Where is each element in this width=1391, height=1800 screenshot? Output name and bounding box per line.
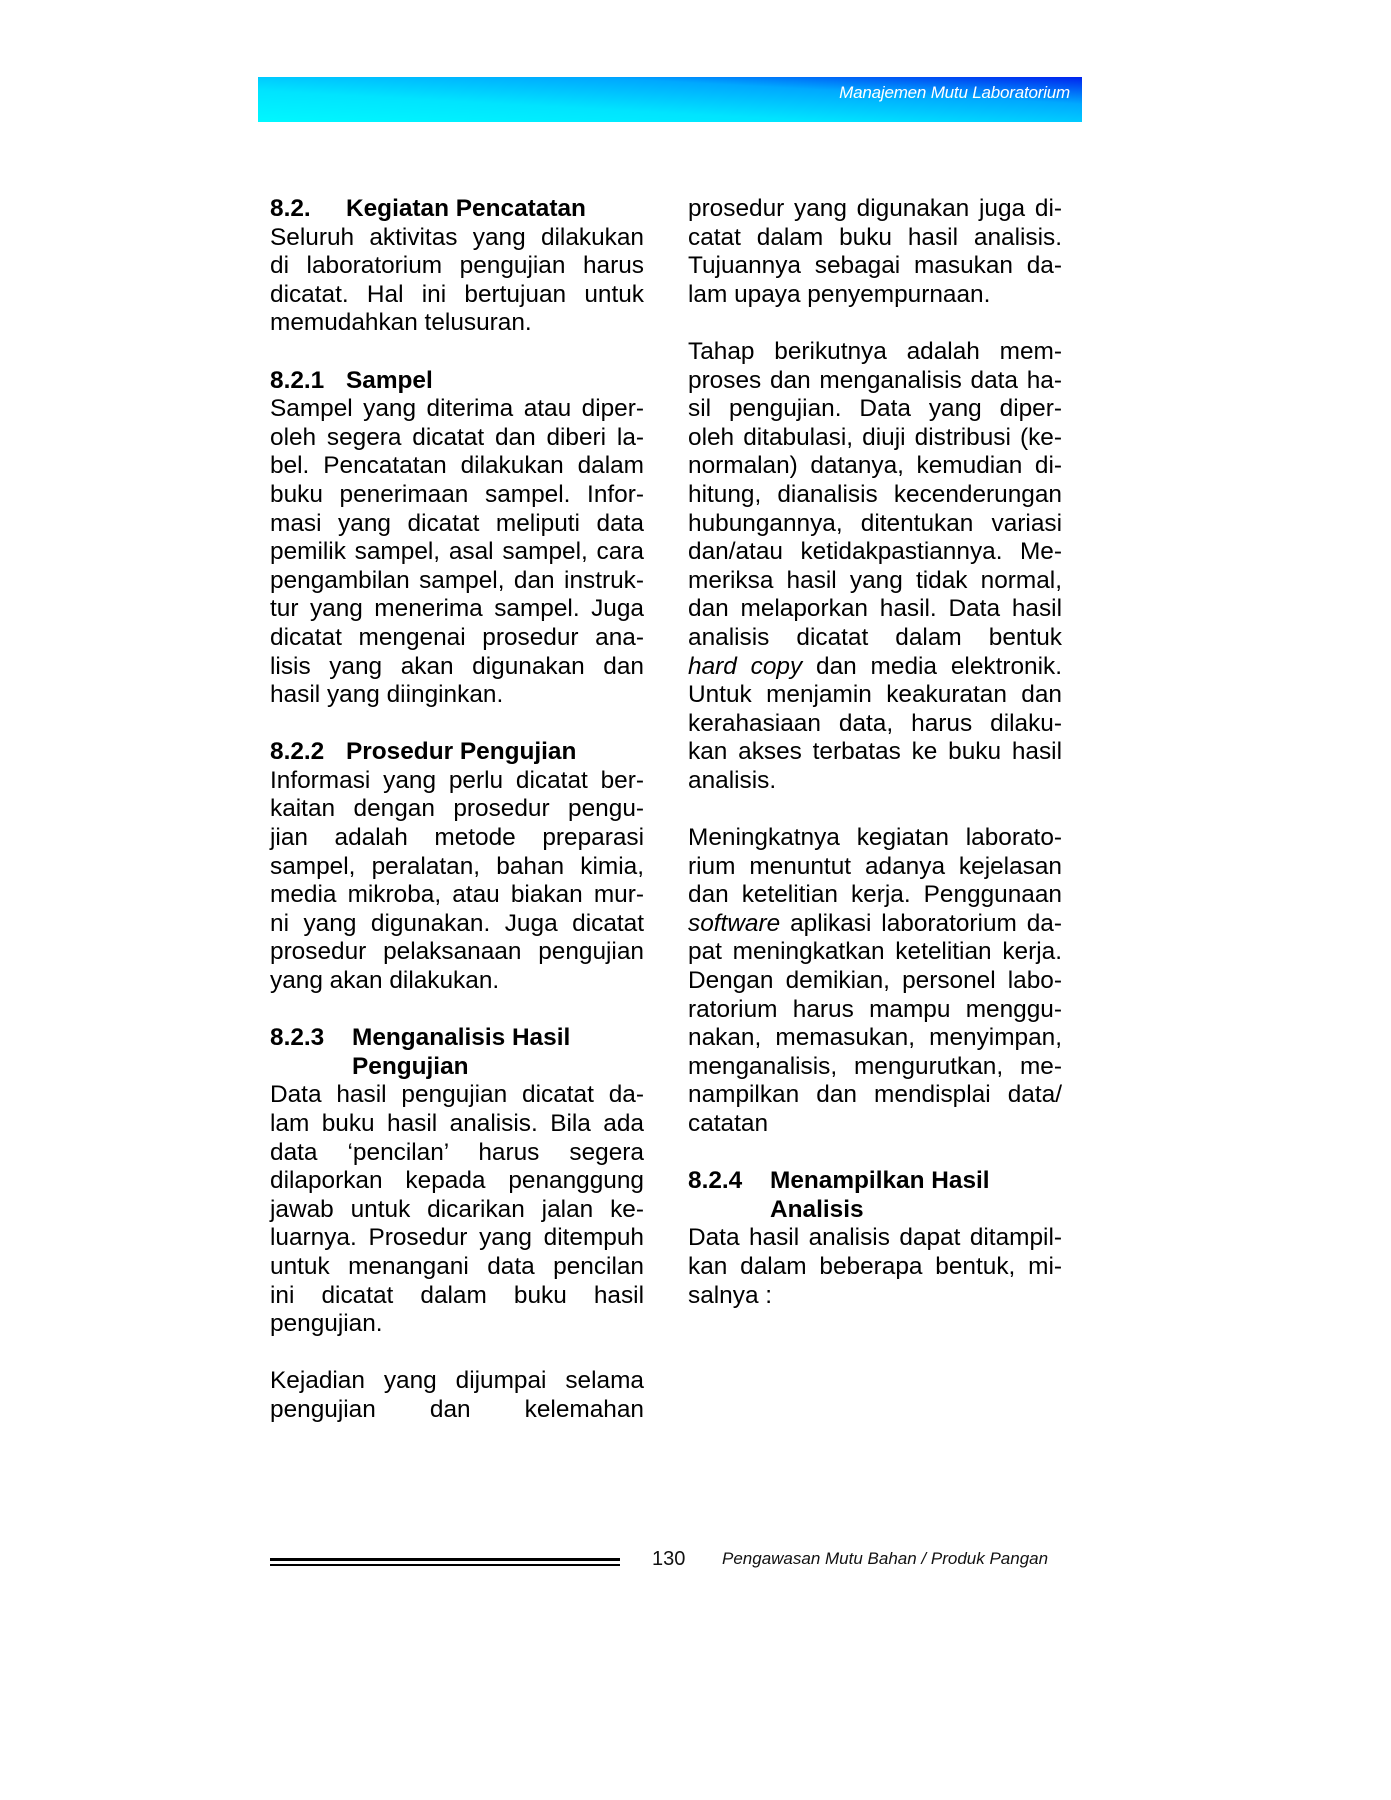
text-line: Data hasil analisis dapat ditampil- (688, 1224, 1062, 1253)
text-line: pengujian. (270, 1310, 644, 1339)
text-line: Untuk menjamin keakuratan dan (688, 681, 1062, 710)
header-bar: Manajemen Mutu Laboratorium (258, 77, 1082, 122)
section-number: 8.2.4 (688, 1167, 770, 1196)
text-line: Tujuannya sebagai masukan da- (688, 252, 1062, 281)
section-heading-8-2-2: 8.2.2Prosedur Pengujian (270, 738, 644, 767)
text-line: catat dalam buku hasil analisis. (688, 224, 1062, 253)
text-line: buku penerimaan sampel. Infor- (270, 481, 644, 510)
text-line: pat meningkatkan ketelitian kerja. (688, 938, 1062, 967)
text-line: bel. Pencatatan dilakukan dalam (270, 452, 644, 481)
text-line: pengujian dan kelemahan (270, 1396, 644, 1425)
paragraph-8-2: Seluruh aktivitas yang dilakukan di labo… (270, 224, 644, 338)
text-line: hasil yang diinginkan. (270, 681, 644, 710)
text-line: kan dalam beberapa bentuk, mi- (688, 1253, 1062, 1282)
paragraph-8-2-4: Data hasil analisis dapat ditampil- kan … (688, 1224, 1062, 1310)
text-line: jawab untuk dicarikan jalan ke- (270, 1196, 644, 1225)
section-heading-8-2: 8.2.Kegiatan Pencatatan (270, 195, 644, 224)
text-line: salnya : (688, 1282, 1062, 1311)
text-line: dan ketelitian kerja. Penggunaan (688, 881, 1062, 910)
section-title-continued: Analisis (688, 1196, 1062, 1225)
section-number: 8.2.2 (270, 738, 346, 767)
text-line: prosedur yang digunakan juga di- (688, 195, 1062, 224)
text-line: lam buku hasil analisis. Bila ada (270, 1110, 644, 1139)
running-footer-title: Pengawasan Mutu Bahan / Produk Pangan (722, 1549, 1048, 1569)
paragraph-8-2-1: Sampel yang diterima atau diper- oleh se… (270, 395, 644, 710)
text-line: Meningkatnya kegiatan laborato- (688, 824, 1062, 853)
text-line: jian adalah metode preparasi (270, 824, 644, 853)
text-line: nakan, memasukan, menyimpan, (688, 1024, 1062, 1053)
text-line: dicatat mengenai prosedur ana- (270, 624, 644, 653)
text-line: lisis yang akan digunakan dan (270, 653, 644, 682)
text-line: yang akan dilakukan. (270, 967, 644, 996)
italic-term: hard copy (688, 653, 802, 680)
section-number: 8.2.1 (270, 367, 346, 396)
text-line: untuk menangani data pencilan (270, 1253, 644, 1282)
text-line: hard copy dan media elektronik. (688, 653, 1062, 682)
text-line: Kejadian yang dijumpai selama (270, 1367, 644, 1396)
text-line: software aplikasi laboratorium da- (688, 910, 1062, 939)
paragraph-software: Meningkatnya kegiatan laborato- rium men… (688, 824, 1062, 1139)
left-column: 8.2.Kegiatan Pencatatan Seluruh aktivita… (270, 195, 644, 1425)
rule-thin (270, 1564, 620, 1566)
italic-term: software (688, 910, 780, 937)
text-line: ni yang digunakan. Juga dicatat (270, 910, 644, 939)
text-line: data ‘pencilan’ harus segera (270, 1139, 644, 1168)
text-line: Data hasil pengujian dicatat da- (270, 1081, 644, 1110)
text-line: sil pengujian. Data yang diper- (688, 395, 1062, 424)
text-line: hitung, dianalisis kecenderungan (688, 481, 1062, 510)
section-title-continued: Pengujian (270, 1053, 644, 1082)
text-line: pemilik sampel, asal sampel, cara (270, 538, 644, 567)
text-line: menganalisis, mengurutkan, me- (688, 1053, 1062, 1082)
paragraph-8-2-2: Informasi yang perlu dicatat ber- kaitan… (270, 767, 644, 996)
text-line: Informasi yang perlu dicatat ber- (270, 767, 644, 796)
text-line: masi yang dicatat meliputi data (270, 510, 644, 539)
text-line: nampilkan dan mendisplai data/ (688, 1081, 1062, 1110)
text-line: dicatat. Hal ini bertujuan untuk (270, 281, 644, 310)
text-line: kan akses terbatas ke buku hasil (688, 738, 1062, 767)
text-line: catatan (688, 1110, 1062, 1139)
section-number: 8.2. (270, 195, 346, 224)
section-heading-8-2-1: 8.2.1Sampel (270, 367, 644, 396)
rule-thick (270, 1558, 620, 1561)
text-line: sampel, peralatan, bahan kimia, (270, 853, 644, 882)
paragraph-continued: prosedur yang digunakan juga di- catat d… (688, 195, 1062, 309)
text-line: oleh segera dicatat dan diberi la- (270, 424, 644, 453)
text-line: Tahap berikutnya adalah mem- (688, 338, 1062, 367)
section-title: Sampel (346, 367, 433, 394)
section-heading-8-2-4: 8.2.4Menampilkan Hasil (688, 1167, 1062, 1196)
section-title: Kegiatan Pencatatan (346, 195, 586, 222)
text-line: dan melaporkan hasil. Data hasil (688, 595, 1062, 624)
text-line: memudahkan telusuran. (270, 309, 644, 338)
section-heading-8-2-3: 8.2.3Menganalisis Hasil (270, 1024, 644, 1053)
text-line: proses dan menganalisis data ha- (688, 367, 1062, 396)
footer-double-rule (270, 1558, 620, 1568)
text-line: meriksa hasil yang tidak normal, (688, 567, 1062, 596)
text-line: Dengan demikian, personel labo- (688, 967, 1062, 996)
text-line: hubungannya, ditentukan variasi (688, 510, 1062, 539)
text-line: Sampel yang diterima atau diper- (270, 395, 644, 424)
section-number: 8.2.3 (270, 1024, 352, 1053)
text-line: kaitan dengan prosedur pengu- (270, 795, 644, 824)
section-title: Menampilkan Hasil (770, 1167, 990, 1194)
right-column: prosedur yang digunakan juga di- catat d… (688, 195, 1062, 1310)
paragraph-data-processing: Tahap berikutnya adalah mem- proses dan … (688, 338, 1062, 796)
text-line: luarnya. Prosedur yang ditempuh (270, 1224, 644, 1253)
text-line: analisis. (688, 767, 1062, 796)
text-line: prosedur pelaksanaan pengujian (270, 938, 644, 967)
text-line: dan/atau ketidakpastiannya. Me- (688, 538, 1062, 567)
text-line: media mikroba, atau biakan mur- (270, 881, 644, 910)
running-header-title: Manajemen Mutu Laboratorium (839, 83, 1070, 103)
text-line: normalan) datanya, kemudian di- (688, 452, 1062, 481)
paragraph-8-2-3-b: Kejadian yang dijumpai selama pengujian … (270, 1367, 644, 1424)
page-number: 130 (652, 1548, 685, 1571)
section-title: Prosedur Pengujian (346, 738, 576, 765)
text-line: tur yang menerima sampel. Juga (270, 595, 644, 624)
text-line: ratorium harus mampu menggu- (688, 996, 1062, 1025)
text-line: lam upaya penyempurnaan. (688, 281, 1062, 310)
text-line: Seluruh aktivitas yang dilakukan (270, 224, 644, 253)
text-line: dilaporkan kepada penanggung (270, 1167, 644, 1196)
text-line: pengambilan sampel, dan instruk- (270, 567, 644, 596)
text-line: di laboratorium pengujian harus (270, 252, 644, 281)
text-line: rium menuntut adanya kejelasan (688, 853, 1062, 882)
paragraph-8-2-3: Data hasil pengujian dicatat da- lam buk… (270, 1081, 644, 1338)
text-line: kerahasiaan data, harus dilaku- (688, 710, 1062, 739)
text-line: ini dicatat dalam buku hasil (270, 1282, 644, 1311)
text-line: oleh ditabulasi, diuji distribusi (ke- (688, 424, 1062, 453)
section-title: Menganalisis Hasil (352, 1024, 570, 1051)
text-line: analisis dicatat dalam bentuk (688, 624, 1062, 653)
